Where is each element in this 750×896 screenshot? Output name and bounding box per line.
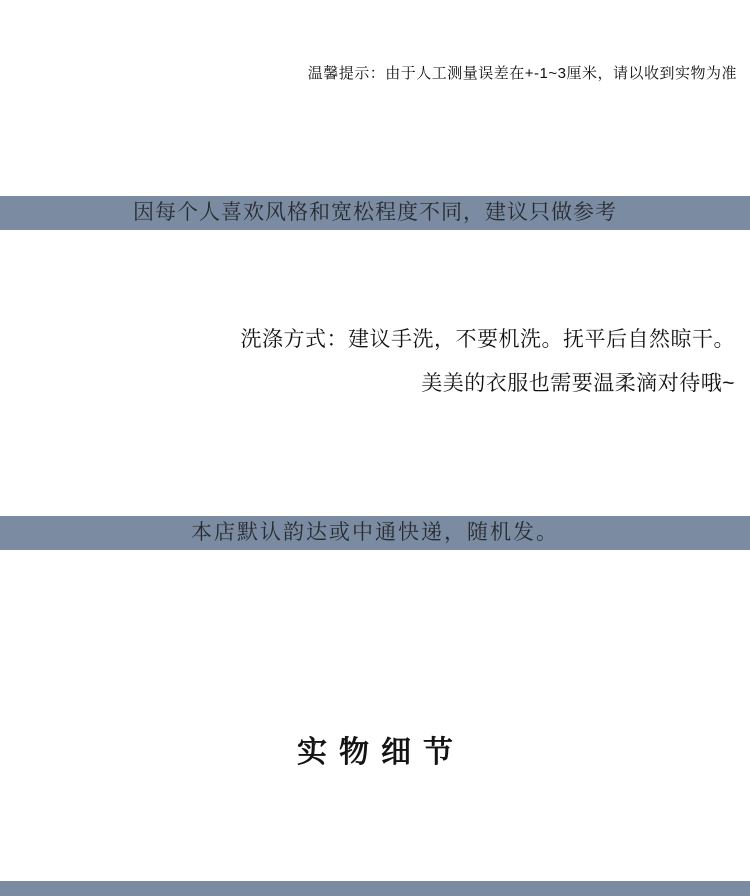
care-instructions: 洗涤方式：建议手洗，不要机洗。抚平后自然晾干。 美美的衣服也需要温柔滴对待哦~ xyxy=(0,318,735,406)
shipping-banner: 本店默认韵达或中通快递，随机发。 xyxy=(0,516,750,550)
care-instructions-line1: 洗涤方式：建议手洗，不要机洗。抚平后自然晾干。 xyxy=(0,318,735,362)
style-reference-banner: 因每个人喜欢风格和宽松程度不同，建议只做参考 xyxy=(0,196,750,230)
measurement-note-text: 温馨提示：由于人工测量误差在+-1~3厘米，请以收到实物为准 xyxy=(0,64,737,84)
section-title-product-details: 实物细节 xyxy=(0,738,750,768)
care-instructions-line2: 美美的衣服也需要温柔滴对待哦~ xyxy=(0,362,735,406)
next-section-banner-edge xyxy=(0,881,750,896)
product-description-page: 温馨提示：由于人工测量误差在+-1~3厘米，请以收到实物为准 因每个人喜欢风格和… xyxy=(0,0,750,896)
